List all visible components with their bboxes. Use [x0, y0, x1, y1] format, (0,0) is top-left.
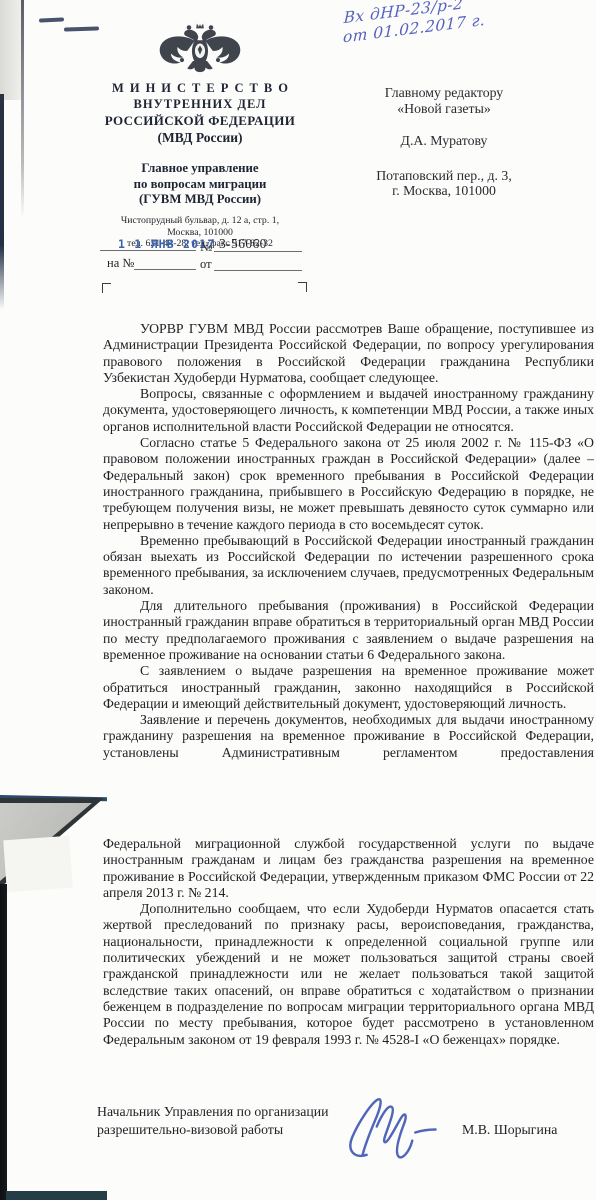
- letter-body-page1: УОРВР ГУВМ МВД России рассмотрев Ваше об…: [103, 321, 594, 761]
- handwritten-note: Вх дНР-23/р-2 от 01.02.2017 г.: [343, 0, 523, 47]
- scan-left-shadow: [0, 94, 4, 310]
- signer-name: М.В. Шорыгина: [462, 1122, 557, 1138]
- pen-signature-icon: [336, 1092, 448, 1173]
- signer-title-line: разрешительно-визовой работы: [97, 1121, 328, 1139]
- body-paragraph: Вопросы, связанные с оформлением и выдач…: [103, 386, 594, 435]
- body-paragraph: Временно пребывающий в Российской Федера…: [103, 533, 594, 598]
- scan-edge-strip: [0, 0, 21, 100]
- pen-stroke-mark: [64, 26, 99, 31]
- reply-to-label: на №: [107, 256, 134, 271]
- body-paragraph: Федеральной миграционной службой государ…: [103, 836, 594, 901]
- coat-of-arms-emblem: [156, 21, 244, 83]
- double-headed-eagle-icon: [156, 21, 244, 78]
- addressee-city: г. Москва, 101000: [337, 183, 551, 199]
- addressee-street: Потаповский пер., д. 3,: [337, 168, 551, 184]
- body-paragraph: Согласно статье 5 Федерального закона от…: [103, 435, 594, 533]
- number-label: №: [200, 239, 212, 255]
- body-paragraph: Для длительного пребывания (проживания) …: [103, 598, 594, 663]
- form-underline: [214, 270, 302, 271]
- page-corner: [3, 836, 72, 892]
- division-name-line: по вопросам миграции: [73, 177, 327, 192]
- signer-title: Начальник Управления по организации разр…: [97, 1103, 328, 1138]
- body-paragraph: Заявление и перечень документов, необход…: [103, 712, 594, 761]
- addressee-organization: «Новой газеты»: [337, 101, 551, 117]
- address-corner-mark-right: [298, 282, 307, 292]
- address-corner-mark-left: [102, 283, 111, 293]
- body-paragraph: С заявлением о выдаче разрешения на врем…: [103, 663, 594, 712]
- scanned-letter-page: МИНИСТЕРСТВО ВНУТРЕННИХ ДЕЛ РОССИЙСКОЙ Ф…: [0, 0, 596, 1200]
- body-paragraph: Дополнительно сообщаем, что если Худобер…: [103, 901, 594, 1048]
- ministry-name-line: МИНИСТЕРСТВО: [73, 81, 327, 96]
- from-label: от: [200, 257, 212, 272]
- letterhead: МИНИСТЕРСТВО ВНУТРЕННИХ ДЕЛ РОССИЙСКОЙ Ф…: [73, 81, 327, 250]
- division-name-line: Главное управление: [73, 161, 327, 176]
- ministry-abbreviation: (МВД России): [73, 130, 327, 146]
- addressee-block: Главному редактору «Новой газеты» Д.А. М…: [337, 85, 551, 199]
- form-underline: [214, 251, 302, 252]
- ministry-name-line: РОССИЙСКОЙ ФЕДЕРАЦИИ: [73, 113, 327, 129]
- document-number: 3-56060: [219, 236, 267, 252]
- scan-fold-line: [21, 0, 24, 218]
- signer-title-line: Начальник Управления по организации: [97, 1103, 328, 1121]
- scan-edge-strip-bottom: [0, 884, 7, 1200]
- letterhead-street: Чистопрудный бульвар, д. 12 а, стр. 1,: [73, 215, 327, 227]
- pen-stroke-mark: [39, 17, 64, 22]
- addressee-title: Главному редактору: [337, 85, 551, 101]
- form-underline: [134, 269, 196, 270]
- form-underline: [100, 250, 196, 251]
- letter-body-page2: Федеральной миграционной службой государ…: [103, 836, 594, 1048]
- body-paragraph: УОРВР ГУВМ МВД России рассмотрев Ваше об…: [103, 321, 594, 386]
- scan-bottom-bar: [6, 1191, 107, 1200]
- division-abbreviation: (ГУВМ МВД России): [73, 192, 327, 207]
- ministry-name-line: ВНУТРЕННИХ ДЕЛ: [73, 97, 327, 112]
- addressee-name: Д.А. Муратову: [337, 133, 551, 149]
